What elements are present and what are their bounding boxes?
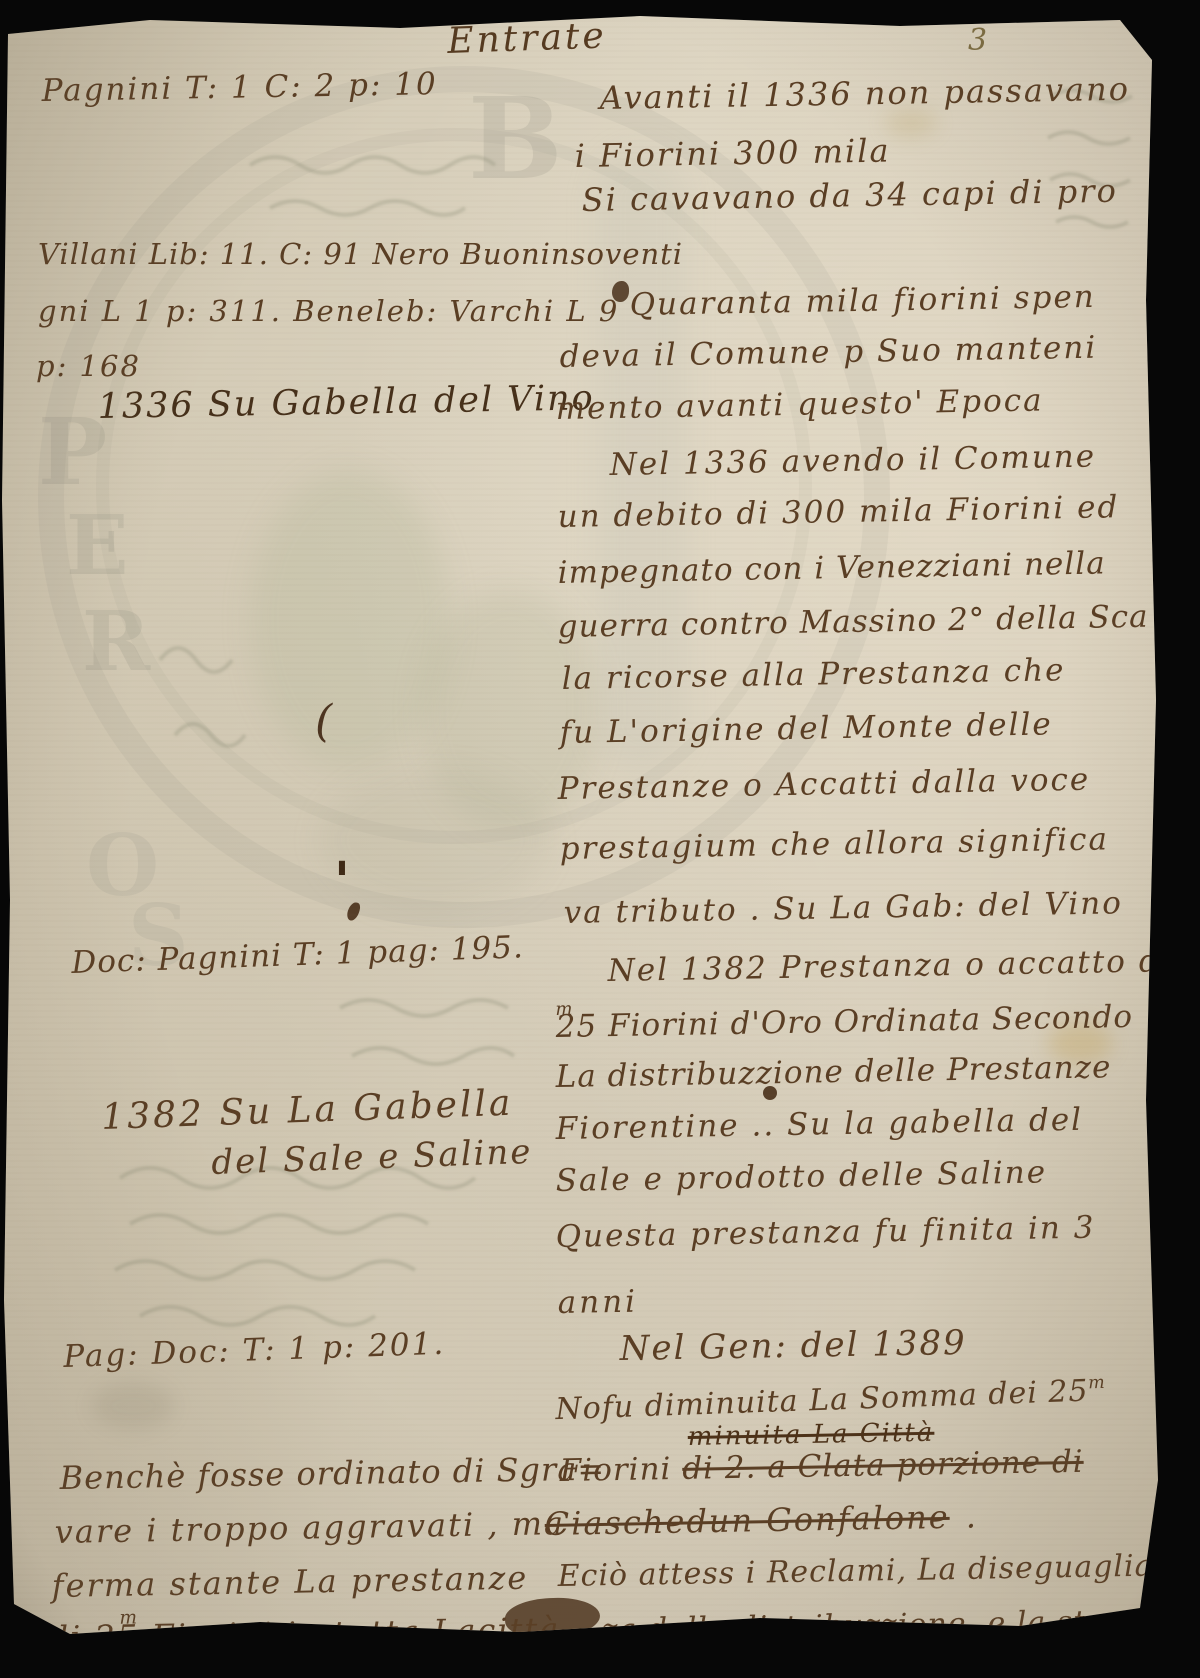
right-para1-line2: i Fiorini 300 mila bbox=[574, 134, 890, 172]
left-citation-villani-line2: gni L 1 p: 311. Beneleb: Varchi L 9 bbox=[38, 297, 619, 326]
paper-stain bbox=[92, 1382, 174, 1430]
left-citation-villani-line3: p: 168 bbox=[36, 352, 141, 381]
right-para1-line1: Avanti il 1336 non passavano bbox=[599, 73, 1130, 114]
right-para3-line6: fu L'origine del Monte delle bbox=[559, 709, 1053, 749]
right-para1-line3: Si cavavano da 34 capi di pro bbox=[581, 175, 1118, 216]
interline-insertion: minuita La Città bbox=[688, 1420, 935, 1450]
right-para3-line4: guerra contro Massino 2° della Sca bbox=[557, 602, 1148, 643]
right-para2-line3: mento avanti questo' Epoca bbox=[555, 385, 1043, 425]
right-para5-line2: Nofu diminuita La Somma dei 25m bbox=[555, 1375, 1107, 1425]
right-para3-line1: Nel 1336 avendo il Comune bbox=[609, 442, 1096, 481]
right-para3-line8: prestagium che allora significa bbox=[559, 824, 1109, 865]
correction-line3: Eciò attess i Reclami, La diseguaglian bbox=[557, 1551, 1174, 1592]
manuscript-photo: B P E R O S bbox=[0, 0, 1200, 1678]
left-citation-pagnini: Pagnini T: 1 C: 2 p: 10 bbox=[41, 69, 438, 107]
right-para5-line1: Nel Gen: del 1389 bbox=[619, 1326, 967, 1366]
right-para4-line1: Nel 1382 Prestanza o accatto di bbox=[607, 946, 1172, 987]
watermark-foliage-blob bbox=[320, 770, 550, 910]
period: . bbox=[965, 1497, 978, 1535]
watermark-letter-R: R bbox=[82, 594, 150, 690]
manuscript-page: B P E R O S bbox=[0, 0, 1200, 1678]
bottom-left-line1: Benchè fosse ordinato di Sgra= bbox=[59, 1452, 605, 1494]
bottom-left-line3: ferma stante La prestanze bbox=[51, 1562, 528, 1602]
right-para4-line6: Questa prestanza fu finita in 3 bbox=[555, 1213, 1095, 1253]
left-heading-1382-line2: del Sale e Saline bbox=[211, 1135, 533, 1180]
left-citation-villani-line1: Villani Lib: 11. C: 91 Nero Buoninsovent… bbox=[38, 240, 683, 269]
folio-number: 3 bbox=[968, 26, 987, 56]
bottom-left-line2: vare i troppo aggravati , ma bbox=[54, 1507, 565, 1548]
page-heading: Entrate bbox=[447, 18, 608, 60]
left-heading-1382-line1: 1382 Su La Gabella bbox=[101, 1086, 514, 1136]
superscript-m: m bbox=[1088, 1373, 1106, 1394]
right-para3-line5: la ricorse alla Prestanza che bbox=[561, 655, 1065, 695]
right-para2-line2: deva il Comune p Suo manteni bbox=[559, 333, 1097, 373]
left-citation-pag-doc: Pag: Doc: T: 1 p: 201. bbox=[63, 1329, 446, 1373]
bottom-left-line4: mdi 25 Fiorini in tutta Lacittà bbox=[47, 1613, 560, 1654]
right-para4-line2: m25 Fiorini d'Oro Ordinata Secondo bbox=[555, 1002, 1133, 1043]
superscript-m: m bbox=[119, 1609, 139, 1628]
25m-florins-stack: mdi 25 bbox=[47, 1620, 139, 1654]
right-para3-line2: un debito di 300 mila Fiorini ed bbox=[557, 492, 1119, 533]
watermark-letter-P: P bbox=[38, 398, 107, 506]
ink-mark-tick: ' bbox=[334, 856, 350, 908]
right-para3-line9: va tributo . Su La Gab: del Vino bbox=[563, 888, 1123, 929]
left-heading-1336: 1336 Su Gabella del Vino bbox=[97, 381, 595, 425]
watermark-foliage-blob bbox=[250, 470, 450, 770]
correction-line1: Fiorini di 2. a Clata porzione di bbox=[559, 1447, 1083, 1487]
right-para2-line1: Quaranta mila fiorini spen bbox=[629, 282, 1096, 321]
right-para4-line3: La distribuzzione delle Prestanze bbox=[555, 1052, 1111, 1093]
watermark-letter-E: E bbox=[66, 498, 129, 594]
right-para3-line3: impegnato con i Venezziani nella bbox=[557, 548, 1105, 589]
right-para3-line7: Prestanze o Accatti dalla voce bbox=[557, 765, 1090, 805]
right-para4-line7: anni bbox=[557, 1287, 638, 1319]
paper-stain bbox=[885, 108, 937, 138]
watermark-letter-B: B bbox=[468, 74, 563, 205]
right-para4-line2-rest: Fiorini d'Oro Ordinata Secondo bbox=[597, 999, 1133, 1044]
correction-line4: za della distribuzzione, e la stesse bbox=[601, 1606, 1156, 1646]
bottom-left-line4-rest: Fiorini in tutta Lacittà bbox=[139, 1610, 561, 1655]
correction-line2: Ciaschedun Gonfalone. bbox=[544, 1500, 978, 1540]
right-para4-line5: Sale e prodotto delle Saline bbox=[555, 1157, 1047, 1197]
struck-text: Ciaschedun Gonfalone bbox=[544, 1498, 950, 1543]
ink-mark-paren: ( bbox=[315, 700, 332, 744]
25m-florins-stack: m25 bbox=[555, 1011, 597, 1043]
superscript-m: m bbox=[555, 1001, 573, 1019]
struck-text: di 2. a Clata porzione di bbox=[682, 1444, 1084, 1487]
right-para4-line4: Fiorentine .. Su la gabella del bbox=[555, 1105, 1083, 1145]
